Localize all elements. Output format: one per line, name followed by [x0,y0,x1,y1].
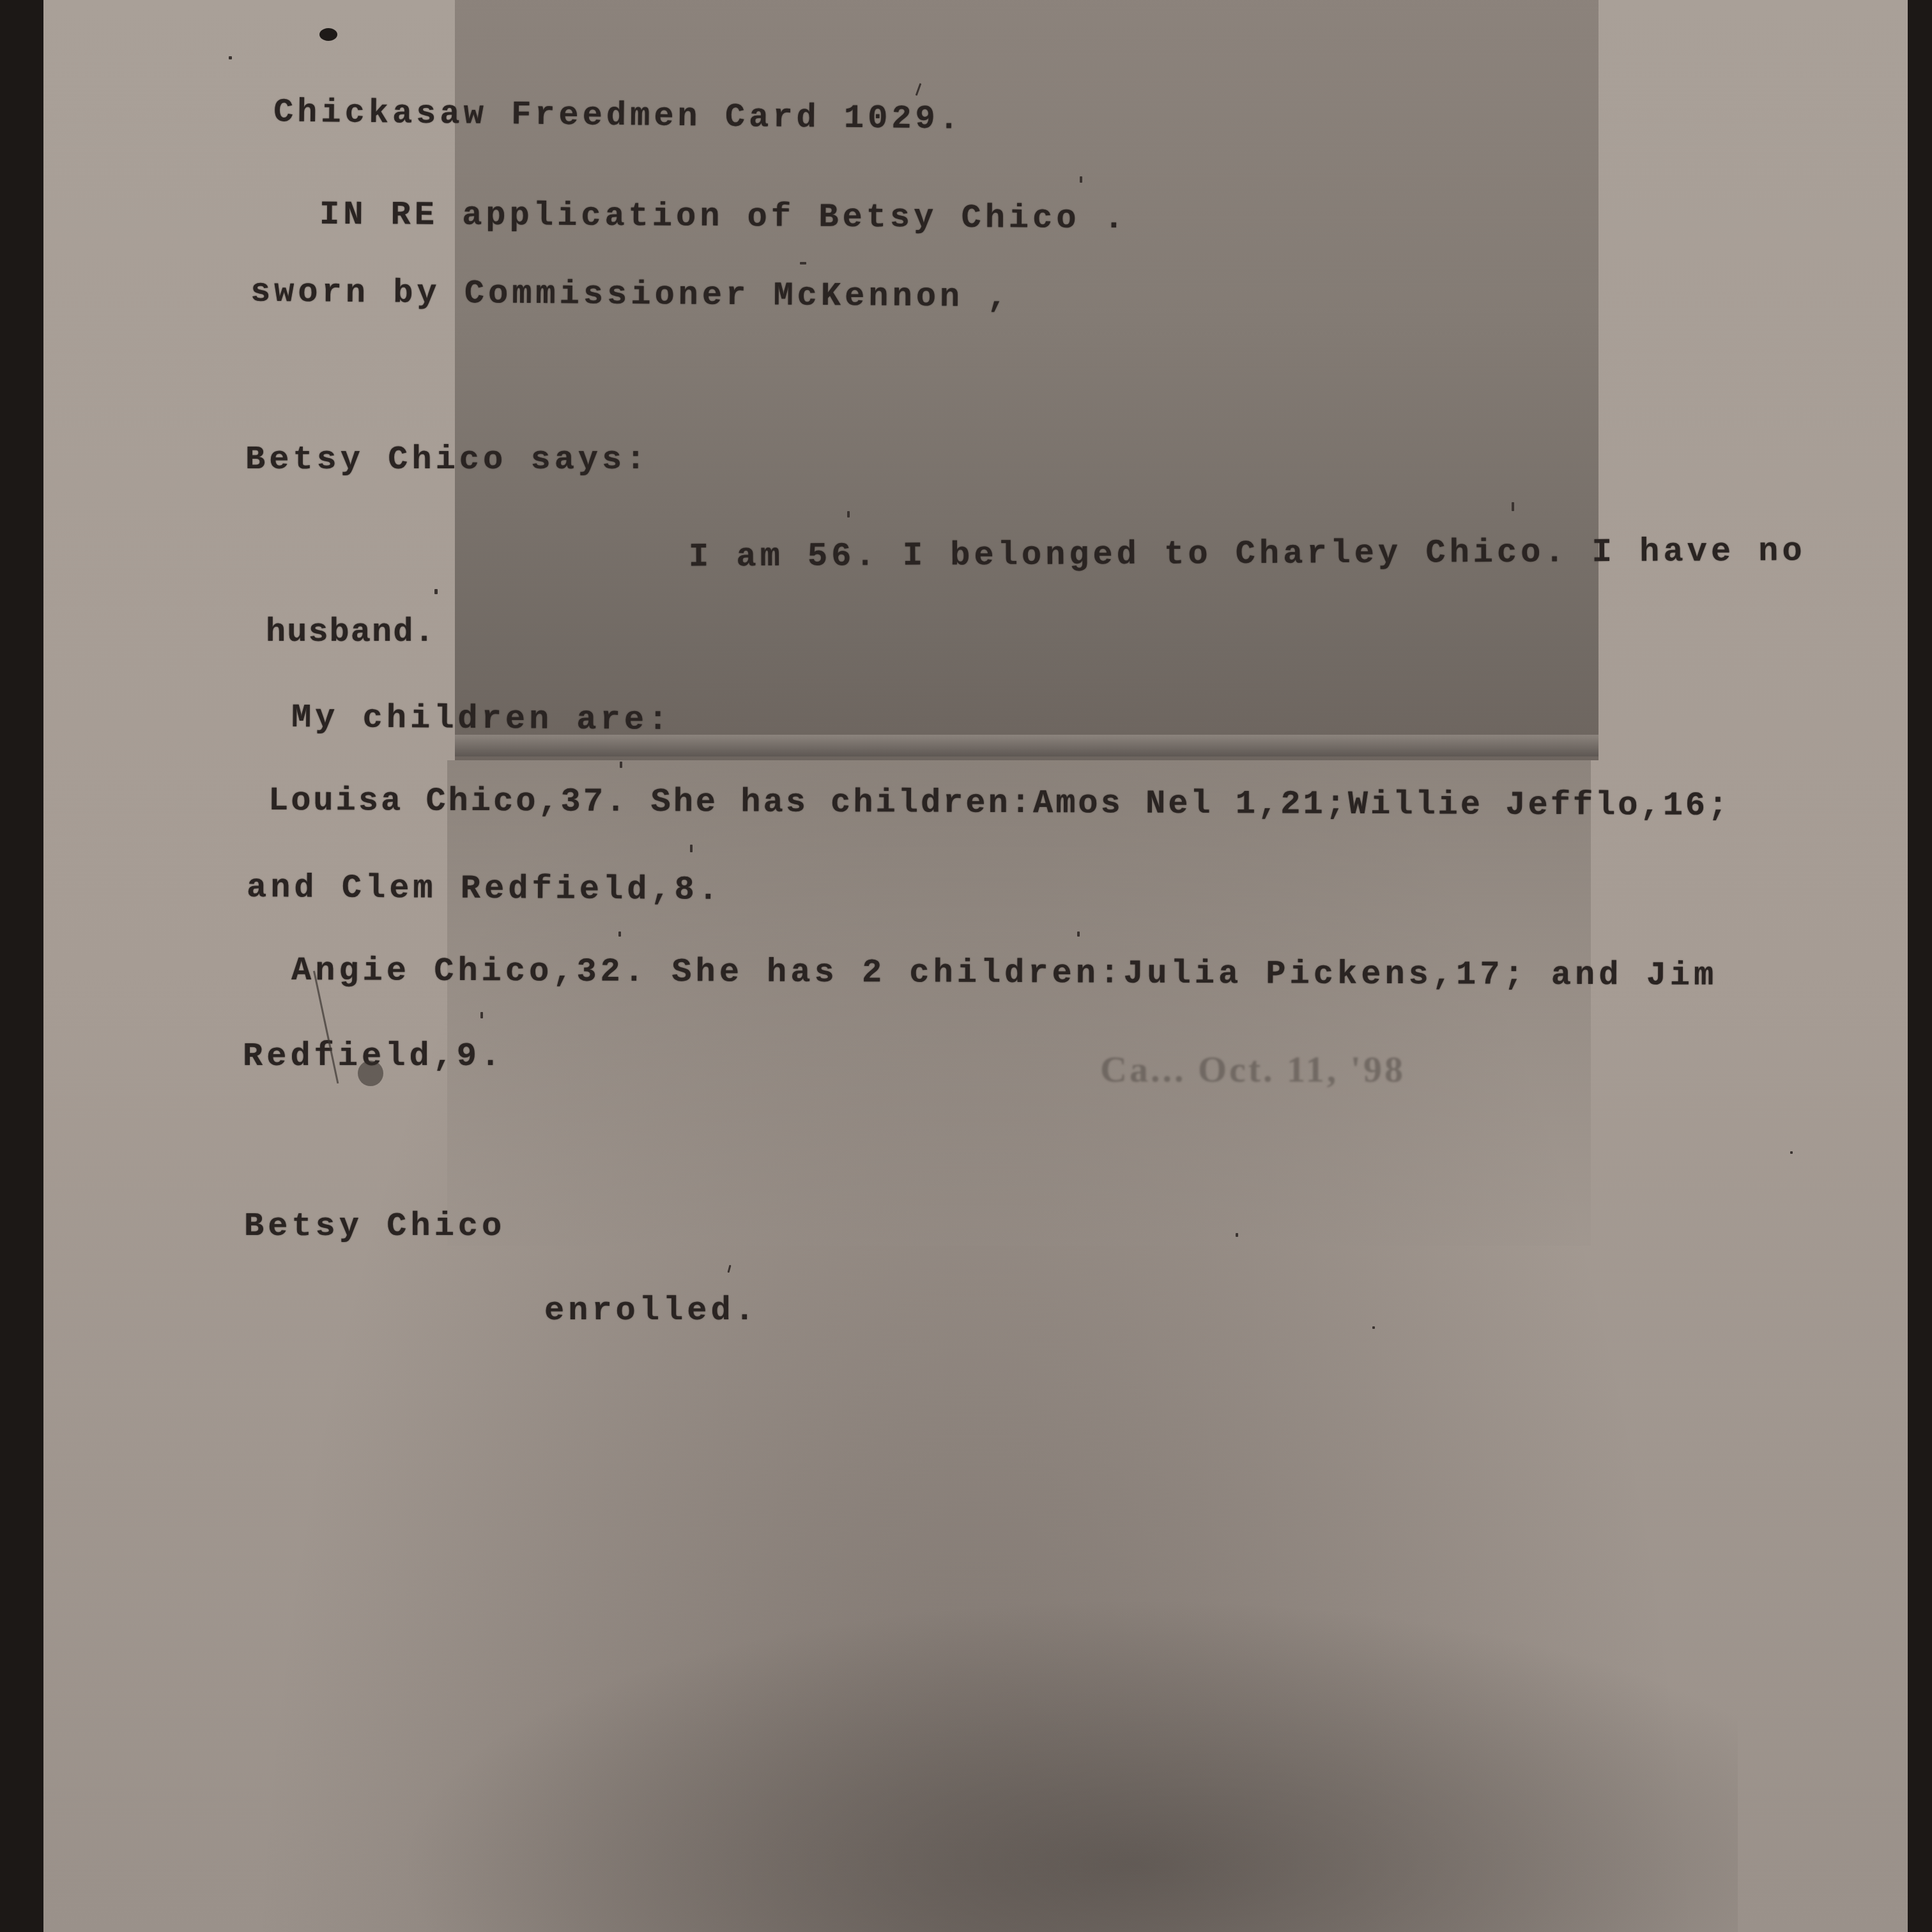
speck [1077,931,1080,937]
speaker-intro: Betsy Chico says: [245,441,650,479]
in-re-line: IN RE application of Betsy Chico . [319,196,1128,238]
speck [434,589,438,594]
backing-lower-region [447,760,1591,1246]
signature-name: Betsy Chico [244,1207,505,1245]
statement-line-1: I am 56. I belonged to Charley Chico. I … [689,532,1806,576]
child-1-line-2: and Clem Redfield,8. [247,869,722,909]
speck [1512,502,1514,511]
ink-blot [358,1061,383,1086]
date-stamp: Ca... Oct. 11, '98 [1100,1048,1406,1091]
card-header: Chickasaw Freedmen Card 1029. [273,93,963,138]
child-2-line-1: Angie Chico,32. She has 2 children:Julia… [291,952,1718,995]
sworn-line: sworn by Commissioner McKennon , [250,273,1011,316]
speck [847,511,850,517]
speck [618,931,621,937]
speck [1080,176,1082,183]
speck [1790,1151,1793,1154]
speck [229,56,232,59]
children-intro: My children are: [291,699,672,739]
statement-line-2: husband. [266,613,436,651]
enrollment-status: enrolled. [544,1292,758,1330]
speck [1236,1233,1238,1237]
speck [1372,1326,1375,1329]
speck [480,1012,483,1018]
speck [800,262,806,264]
speck [690,845,693,852]
speck [620,762,622,768]
bottom-shadow [396,1597,1738,1932]
photo-frame: Chickasaw Freedmen Card 1029. IN RE appl… [0,0,1932,1932]
ink-dot [319,28,337,41]
child-1-line-1: Louisa Chico,37. She has children:Amos N… [268,782,1731,825]
